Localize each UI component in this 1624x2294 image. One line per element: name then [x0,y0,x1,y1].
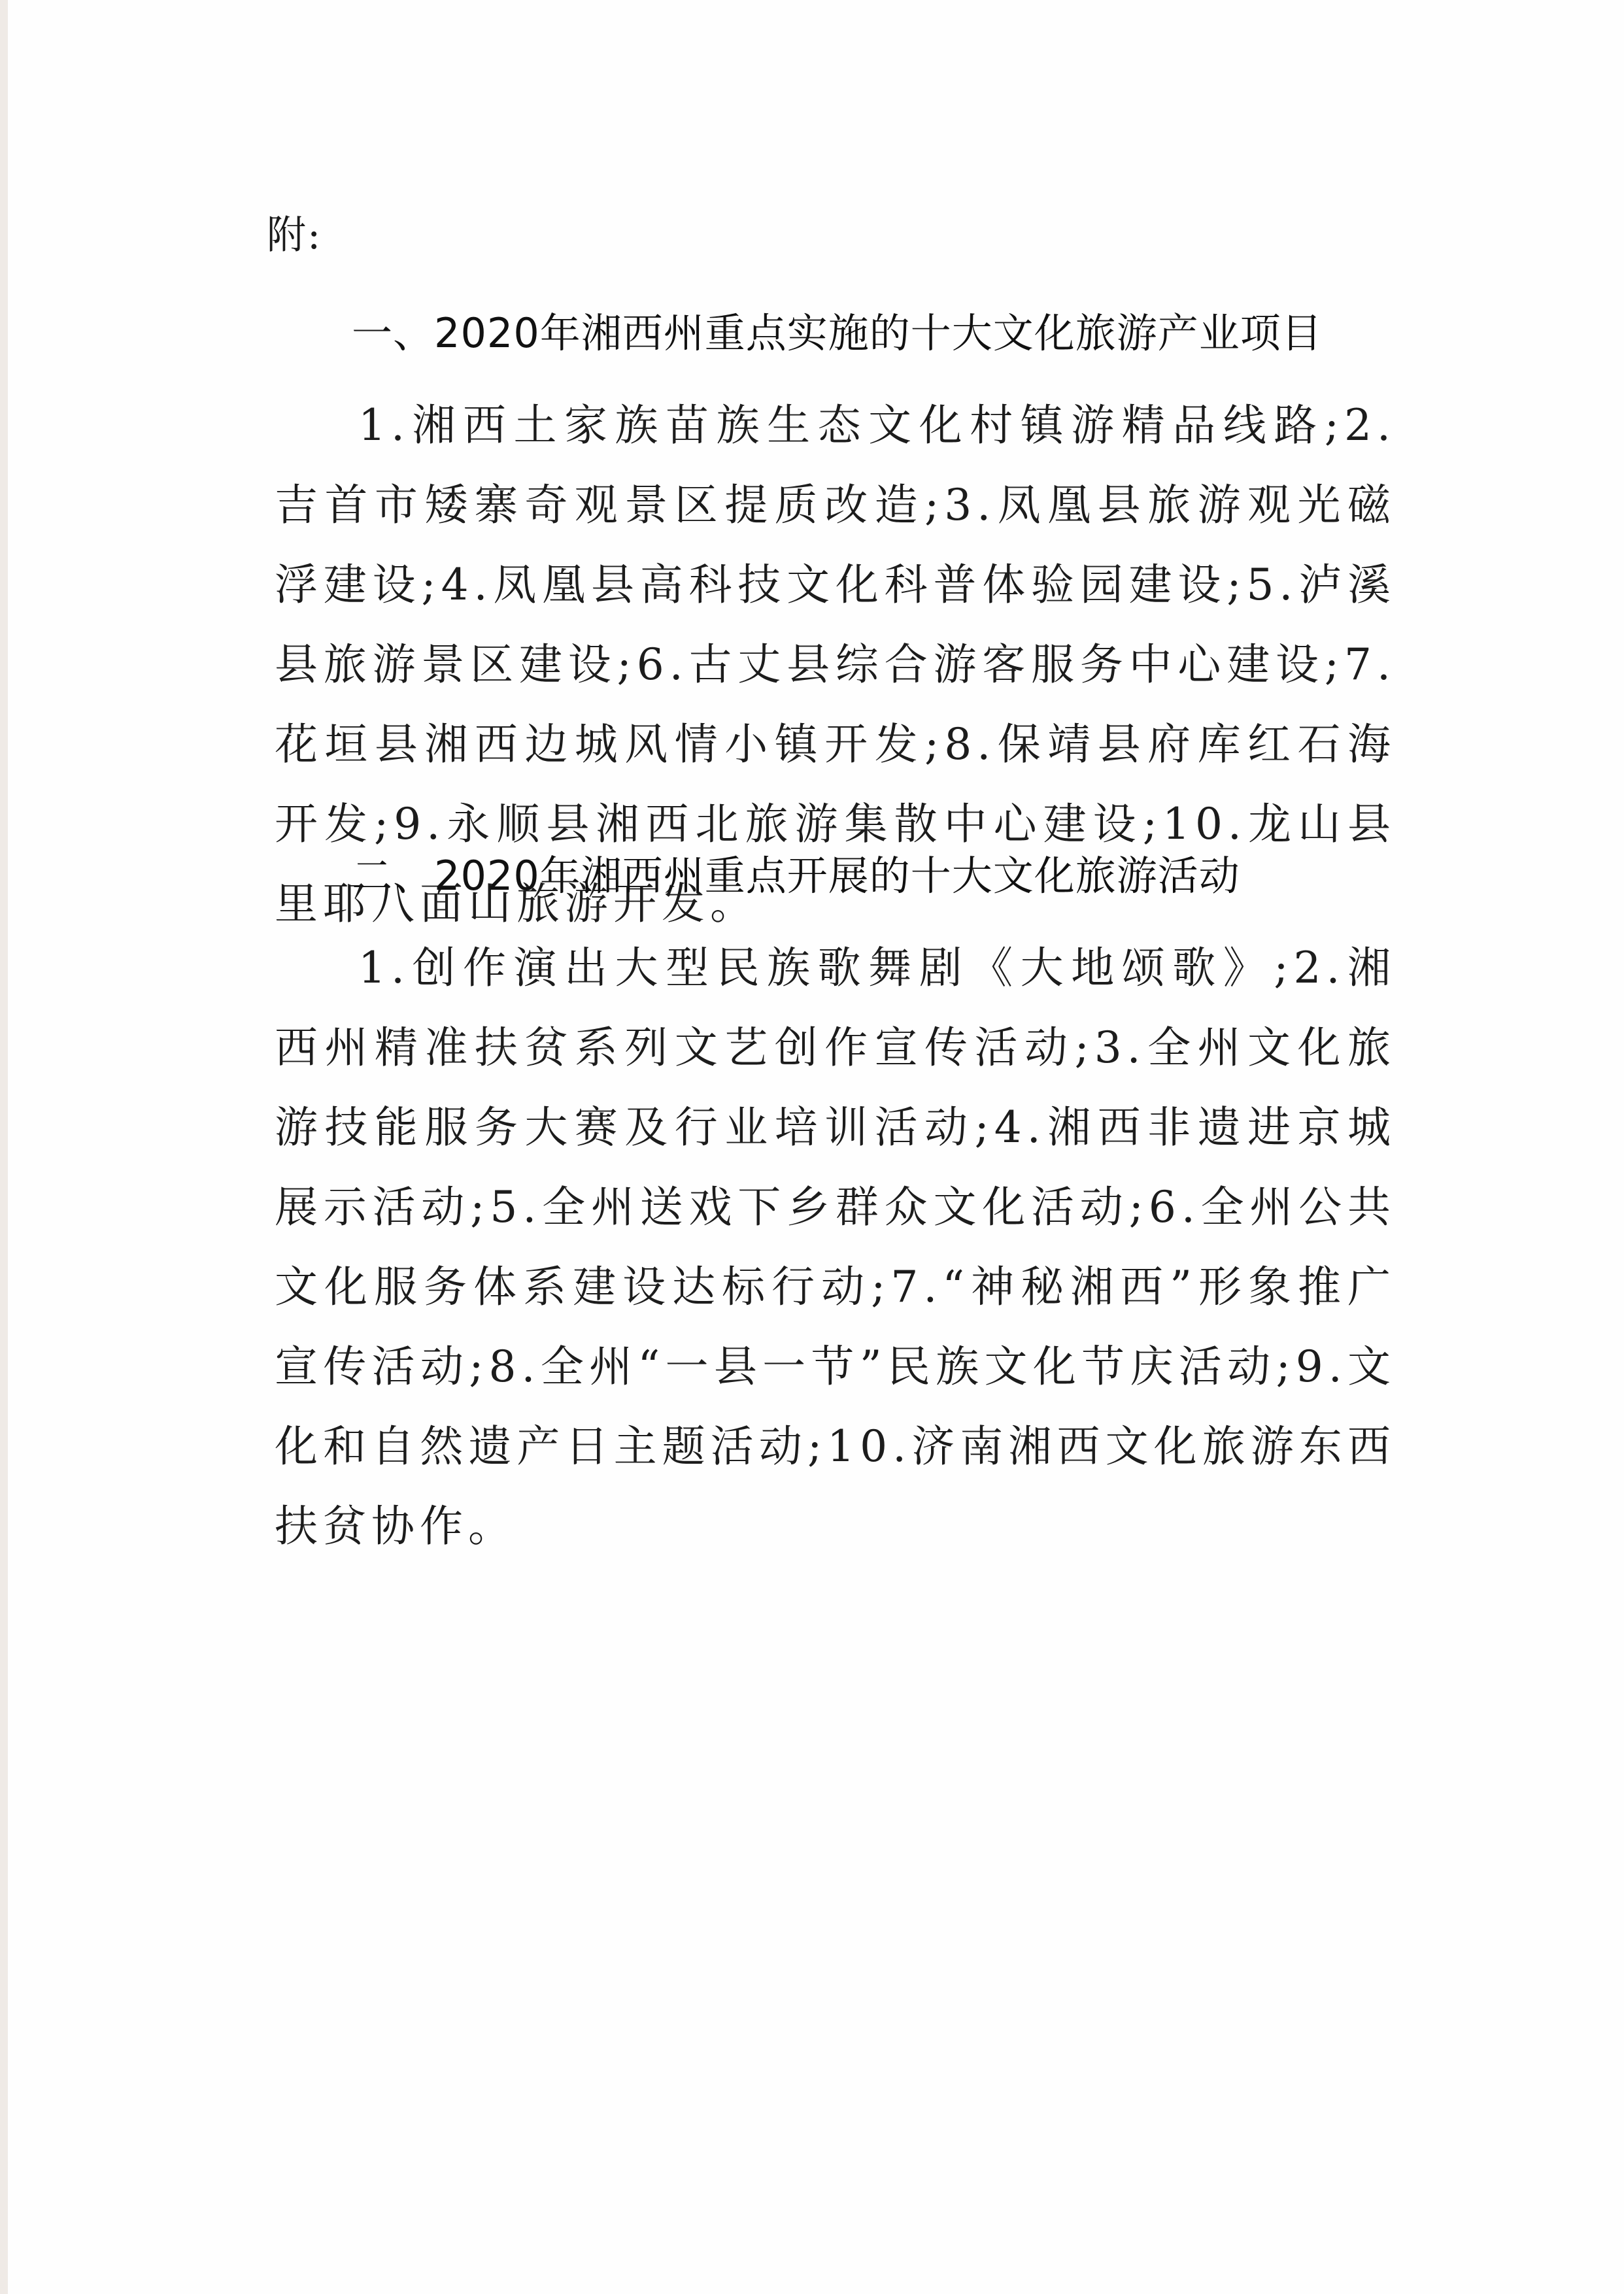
scan-edge [0,0,8,2294]
section-heading-activities: 二、2020年湘西州重点开展的十大文化旅游活动 [275,850,1396,902]
section-body-activities: 1.创作演出大型民族歌舞剧《大地颂歌》;2.湘西州精准扶贫系列文艺创作宣传活动;… [275,928,1396,1566]
section-heading-projects: 一、2020年湘西州重点实施的十大文化旅游产业项目 [275,307,1396,360]
attachment-label: 附: [267,209,322,261]
section-key-activities: 二、2020年湘西州重点开展的十大文化旅游活动 1.创作演出大型民族歌舞剧《大地… [275,850,1396,1610]
